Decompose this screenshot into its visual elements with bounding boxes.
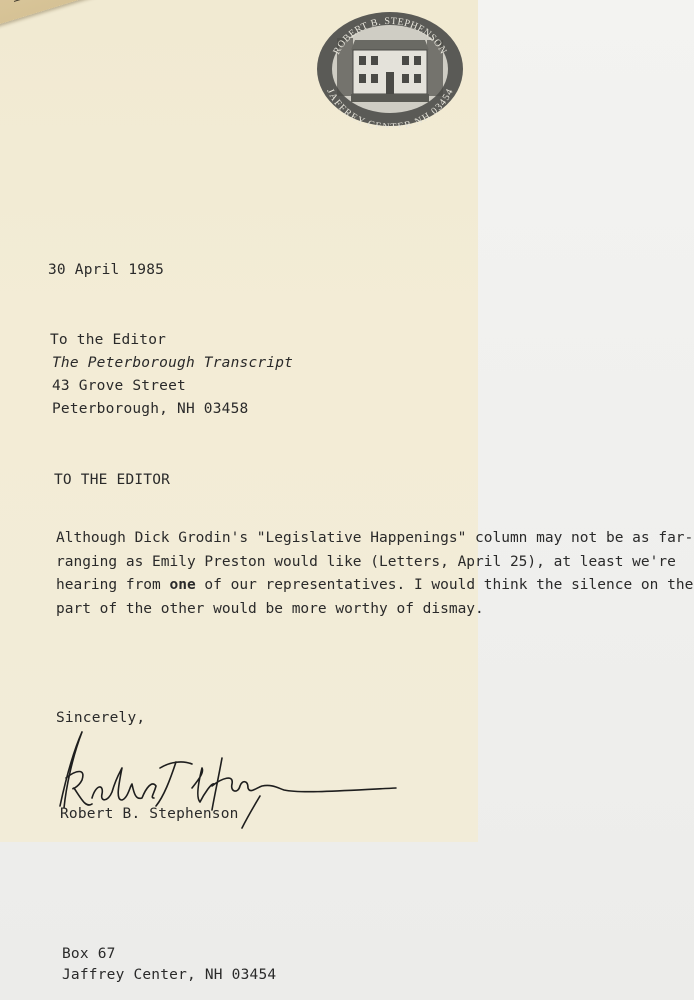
- body-line: ranging as Emily Preston would like (Let…: [56, 551, 676, 575]
- body-line: hearing from one of our representatives.…: [56, 574, 676, 598]
- recipient-publication: The Peterborough Transcript: [52, 355, 293, 371]
- body-text: of our representatives. I would think th…: [196, 577, 694, 593]
- salutation: TO THE EDITOR: [54, 472, 170, 488]
- return-address-line2: Jaffrey Center, NH 03454: [62, 967, 276, 983]
- body-line: Although Dick Grodin's "Legislative Happ…: [56, 527, 676, 551]
- recipient-line: To the Editor: [50, 332, 166, 348]
- letter-body: Although Dick Grodin's "Legislative Happ…: [56, 527, 676, 621]
- body-text: hearing from: [56, 577, 170, 593]
- recipient-street: 43 Grove Street: [52, 378, 186, 394]
- signer-name: Robert B. Stephenson: [60, 806, 239, 822]
- return-address-line1: Box 67: [62, 946, 116, 962]
- emphasis-one: one: [170, 577, 196, 593]
- closing: Sincerely,: [56, 710, 145, 726]
- letter-date: 30 April 1985: [48, 262, 164, 278]
- body-line: part of the other would be more worthy o…: [56, 598, 676, 622]
- recipient-city: Peterborough, NH 03458: [52, 401, 248, 417]
- house-seal-icon: ROBERT B. STEPHENSON JAFFREY CENTER NH 0…: [315, 10, 465, 128]
